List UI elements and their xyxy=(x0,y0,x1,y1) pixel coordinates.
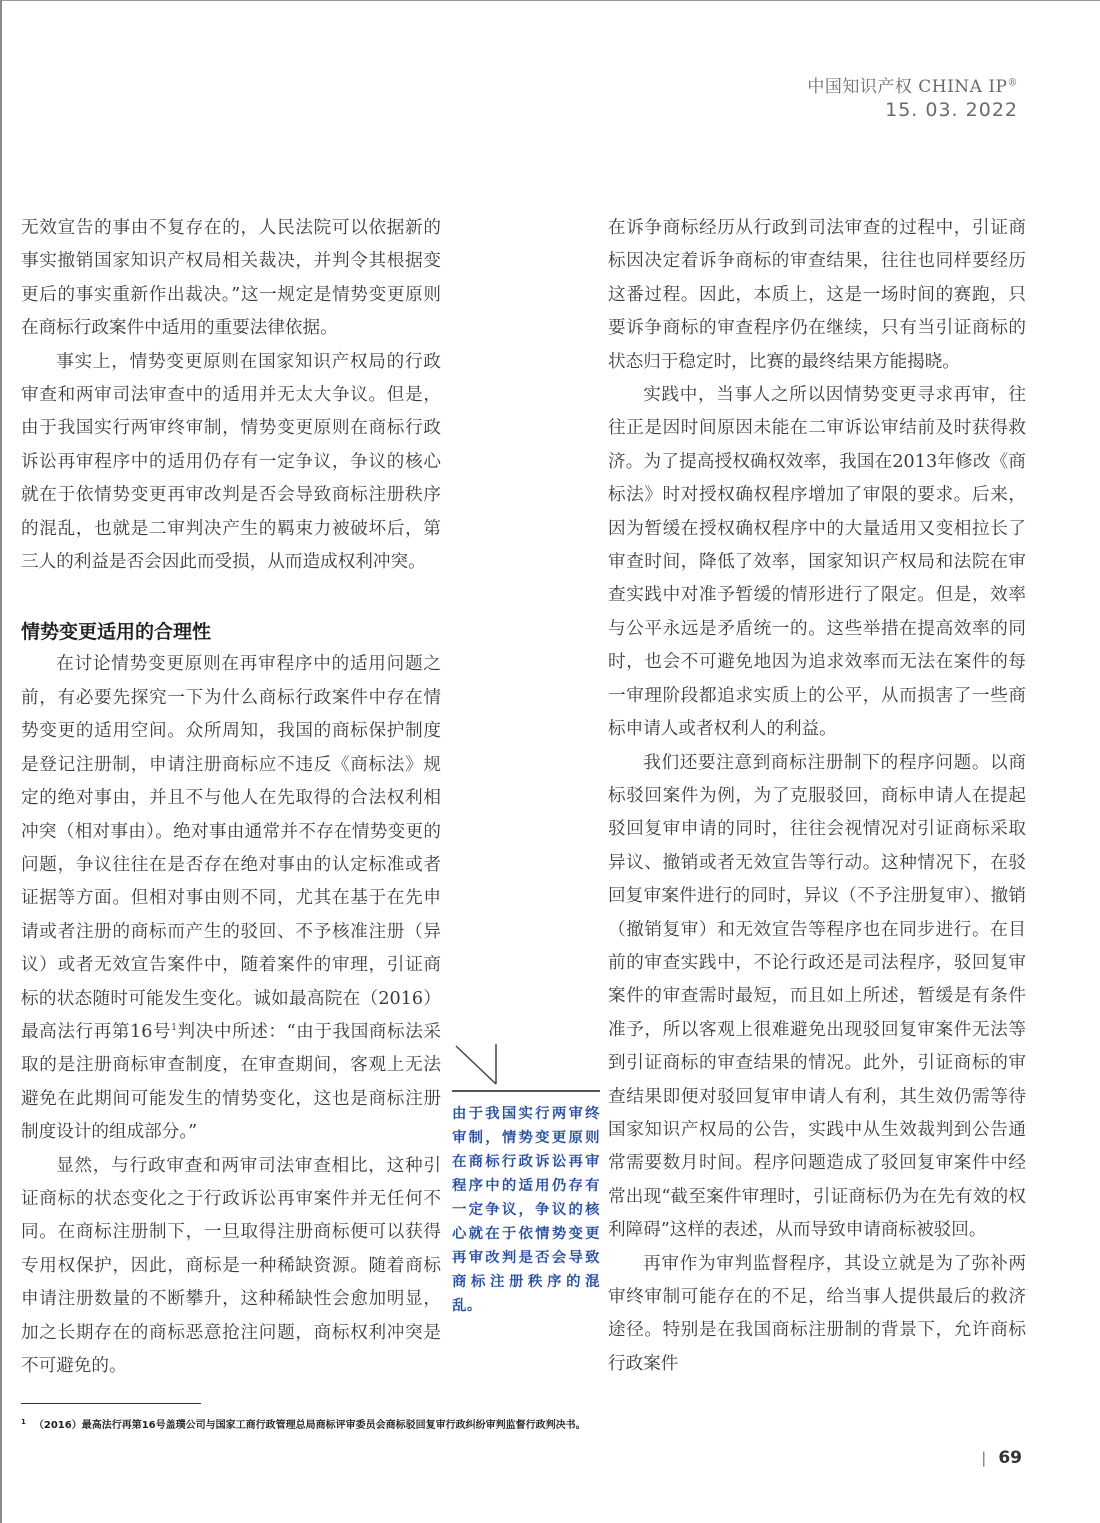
paragraph: 实践中，当事人之所以因情势变更寻求再审，往往正是因时间原因未能在二审诉讼审结前及… xyxy=(608,379,1026,746)
right-column: 在诉争商标经历从行政到司法审查的过程中，引证商标因决定着诉争商标的审查结果，往往… xyxy=(608,212,1026,1381)
paragraph-with-footnote: 在讨论情势变更原则在再审程序中的适用问题之前，有必要先探究一下为什么商标行政案件… xyxy=(21,648,441,1149)
page-top-border xyxy=(2,0,1100,1)
issue-date: 15. 03. 2022 xyxy=(807,99,1018,121)
paragraph: 事实上，情势变更原则在国家知识产权局的行政审查和两审司法审查中的适用并无太大争议… xyxy=(21,346,441,580)
left-column: 无效宣告的事由不复存在的，人民法院可以依据新的事实撤销国家知识产权局相关裁决，并… xyxy=(21,212,441,1383)
paragraph: 显然，与行政审查和两审司法审查相比，这种引证商标的状态变化之于行政诉讼再审案件并… xyxy=(21,1150,441,1384)
magazine-title: 中国知识产权 CHINA IP® xyxy=(807,72,1018,97)
section-heading: 情势变更适用的合理性 xyxy=(21,617,441,647)
page-number: |69 xyxy=(981,1448,1022,1468)
paragraph: 无效宣告的事由不复存在的，人民法院可以依据新的事实撤销国家知识产权局相关裁决，并… xyxy=(21,212,441,346)
paragraph: 再审作为审判监督程序，其设立就是为了弥补两审终审制可能存在的不足，给当事人提供最… xyxy=(608,1248,1026,1382)
registered-mark: ® xyxy=(1008,77,1019,88)
footnote-divider xyxy=(21,1403,201,1404)
page-number-value: 69 xyxy=(998,1448,1022,1468)
paragraph: 我们还要注意到商标注册制下的程序问题。以商标驳回案件为例，为了克服驳回，商标申请… xyxy=(608,747,1026,1248)
magazine-name: 中国知识产权 CHINA IP xyxy=(807,77,1007,97)
paragraph: 在诉争商标经历从行政到司法审查的过程中，引证商标因决定着诉争商标的审查结果，往往… xyxy=(608,212,1026,379)
page-number-separator: | xyxy=(981,1449,986,1467)
diagonal-arrow-icon xyxy=(452,1040,508,1088)
pull-quote: 由于我国实行两审终审制，情势变更原则在商标行政诉讼再审程序中的适用仍存有一定争议… xyxy=(452,1040,600,1318)
footnote: 1（2016）最高法行再第16号盖璞公司与国家工商行政管理总局商标评审委员会商标… xyxy=(21,1416,586,1431)
footnote-marker: 1 xyxy=(21,1418,26,1426)
running-header: 中国知识产权 CHINA IP® 15. 03. 2022 xyxy=(807,72,1018,121)
footnote-text: （2016）最高法行再第16号盖璞公司与国家工商行政管理总局商标评审委员会商标驳… xyxy=(34,1420,586,1431)
paragraph-text: 在讨论情势变更原则在再审程序中的适用问题之前，有必要先探究一下为什么商标行政案件… xyxy=(21,654,441,1041)
pull-quote-text: 由于我国实行两审终审制，情势变更原则在商标行政诉讼再审程序中的适用仍存有一定争议… xyxy=(452,1102,600,1318)
pull-quote-rule xyxy=(452,1090,600,1092)
